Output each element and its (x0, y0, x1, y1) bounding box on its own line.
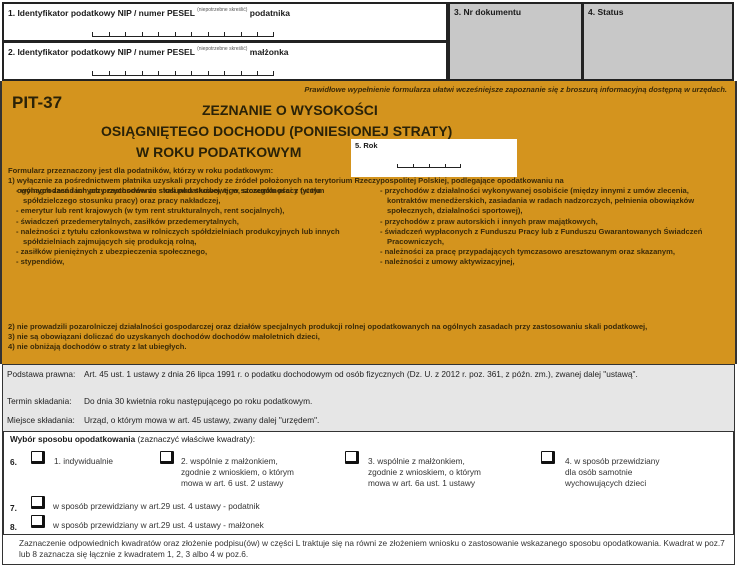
option-2-checkbox[interactable] (160, 451, 174, 464)
taxation-note: Zaznaczenie odpowiednich kwadratów oraz … (19, 538, 734, 560)
taxpayer-id-field[interactable]: 1. Identyfikator podatkowy NIP / numer P… (2, 2, 448, 42)
list-item: - należności z umowy aktywizacyjnej, (380, 257, 730, 267)
taxpayer-id-label: 1. Identyfikator podatkowy NIP / numer P… (8, 7, 290, 18)
intro-text: Formularz przeznaczony jest dla podatnik… (8, 166, 564, 176)
spouse-id-comb[interactable] (92, 71, 274, 76)
list-item: - stypendiów, (16, 257, 366, 267)
legal-info-section: Podstawa prawna: Art. 45 ust. 1 ustawy z… (2, 364, 735, 432)
row-7-label: w sposób przewidziany w art.29 ust. 4 us… (53, 501, 260, 512)
row-7-number: 7. (10, 503, 17, 513)
status-label: 4. Status (588, 7, 623, 17)
form-code: PIT-37 (12, 93, 62, 113)
option-3-label: 3. wspólnie z małżonkiem, zgodnie z wnio… (368, 456, 481, 489)
status-box: 4. Status (582, 2, 734, 81)
point-2: 2) nie prowadzili pozarolniczej działaln… (8, 322, 647, 332)
list-item: - wynagrodzeń i innych przychodów ze sto… (16, 186, 366, 206)
title-line-3: W ROKU PODATKOWYM (136, 144, 301, 160)
income-list-right: - przychodów z działalności wykonywanej … (380, 186, 730, 268)
form-title-section: Prawidłowe wypełnienie formularza ułatwi… (0, 81, 737, 364)
legal-basis-value: Art. 45 ust. 1 ustawy z dnia 26 lipca 19… (84, 369, 724, 380)
row-8-checkbox[interactable] (31, 515, 45, 528)
title-line-2: OSIĄGNIĘTEGO DOCHODU (PONIESIONEJ STRATY… (101, 123, 452, 139)
taxation-method-section: Wybór sposobu opodatkowania (zaznaczyć w… (2, 432, 735, 534)
taxation-note-box: Zaznaczenie odpowiednich kwadratów oraz … (2, 534, 735, 565)
list-item: - świadczeń wypłaconych z Funduszu Pracy… (380, 227, 730, 247)
place-label: Miejsce składania: (7, 415, 87, 425)
taxpayer-id-comb[interactable] (92, 32, 274, 37)
document-number-box: 3. Nr dokumentu (448, 2, 583, 81)
row-6-number: 6. (10, 457, 17, 467)
list-item: - emerytur lub rent krajowych (w tym ren… (16, 206, 366, 216)
option-4-label: 4. w sposób przewidziany dla osób samotn… (565, 456, 660, 489)
option-1-label: 1. indywidualnie (54, 456, 113, 467)
option-1-checkbox[interactable] (31, 451, 45, 464)
list-item: - należności za pracę przypadających tym… (380, 247, 730, 257)
row-8-label: w sposób przewidziany w art.29 ust. 4 us… (53, 520, 264, 531)
form-hint: Prawidłowe wypełnienie formularza ułatwi… (304, 85, 727, 94)
year-label: 5. Rok (355, 141, 378, 150)
row-7-checkbox[interactable] (31, 496, 45, 509)
spouse-id-field[interactable]: 2. Identyfikator podatkowy NIP / numer P… (2, 41, 448, 81)
deadline-label: Termin składania: (7, 396, 87, 406)
document-number-label: 3. Nr dokumentu (454, 7, 521, 17)
option-2-label: 2. wspólnie z małżonkiem, zgodnie z wnio… (181, 456, 294, 489)
list-item: - należności z tytułu członkowstwa w rol… (16, 227, 366, 247)
point-4: 4) nie obniżają dochodów o straty z lat … (8, 342, 647, 352)
list-item: - świadczeń przedemerytalnych, zasiłków … (16, 217, 366, 227)
spouse-id-label: 2. Identyfikator podatkowy NIP / numer P… (8, 46, 289, 57)
taxation-heading: Wybór sposobu opodatkowania (zaznaczyć w… (10, 434, 255, 444)
list-item: - zasiłków pieniężnych z ubezpieczenia s… (16, 247, 366, 257)
point-1a: 1) wyłącznie za pośrednictwem płatnika u… (8, 176, 564, 186)
title-line-1: ZEZNANIE O WYSOKOŚCI (202, 102, 378, 118)
income-list-left: - wynagrodzeń i innych przychodów ze sto… (16, 186, 366, 268)
row-8-number: 8. (10, 522, 17, 532)
option-4-checkbox[interactable] (541, 451, 555, 464)
list-item: - przychodów z działalności wykonywanej … (380, 186, 730, 217)
list-item: - przychodów z praw autorskich i innych … (380, 217, 730, 227)
point-3: 3) nie są obowiązani doliczać do uzyskan… (8, 332, 647, 342)
legal-basis-label: Podstawa prawna: (7, 369, 87, 379)
conditions-list: 2) nie prowadzili pozarolniczej działaln… (8, 322, 647, 353)
deadline-value: Do dnia 30 kwietnia roku następującego p… (84, 396, 724, 407)
option-3-checkbox[interactable] (345, 451, 359, 464)
header-section: 1. Identyfikator podatkowy NIP / numer P… (0, 0, 737, 81)
place-value: Urząd, o którym mowa w art. 45 ustawy, z… (84, 415, 724, 426)
